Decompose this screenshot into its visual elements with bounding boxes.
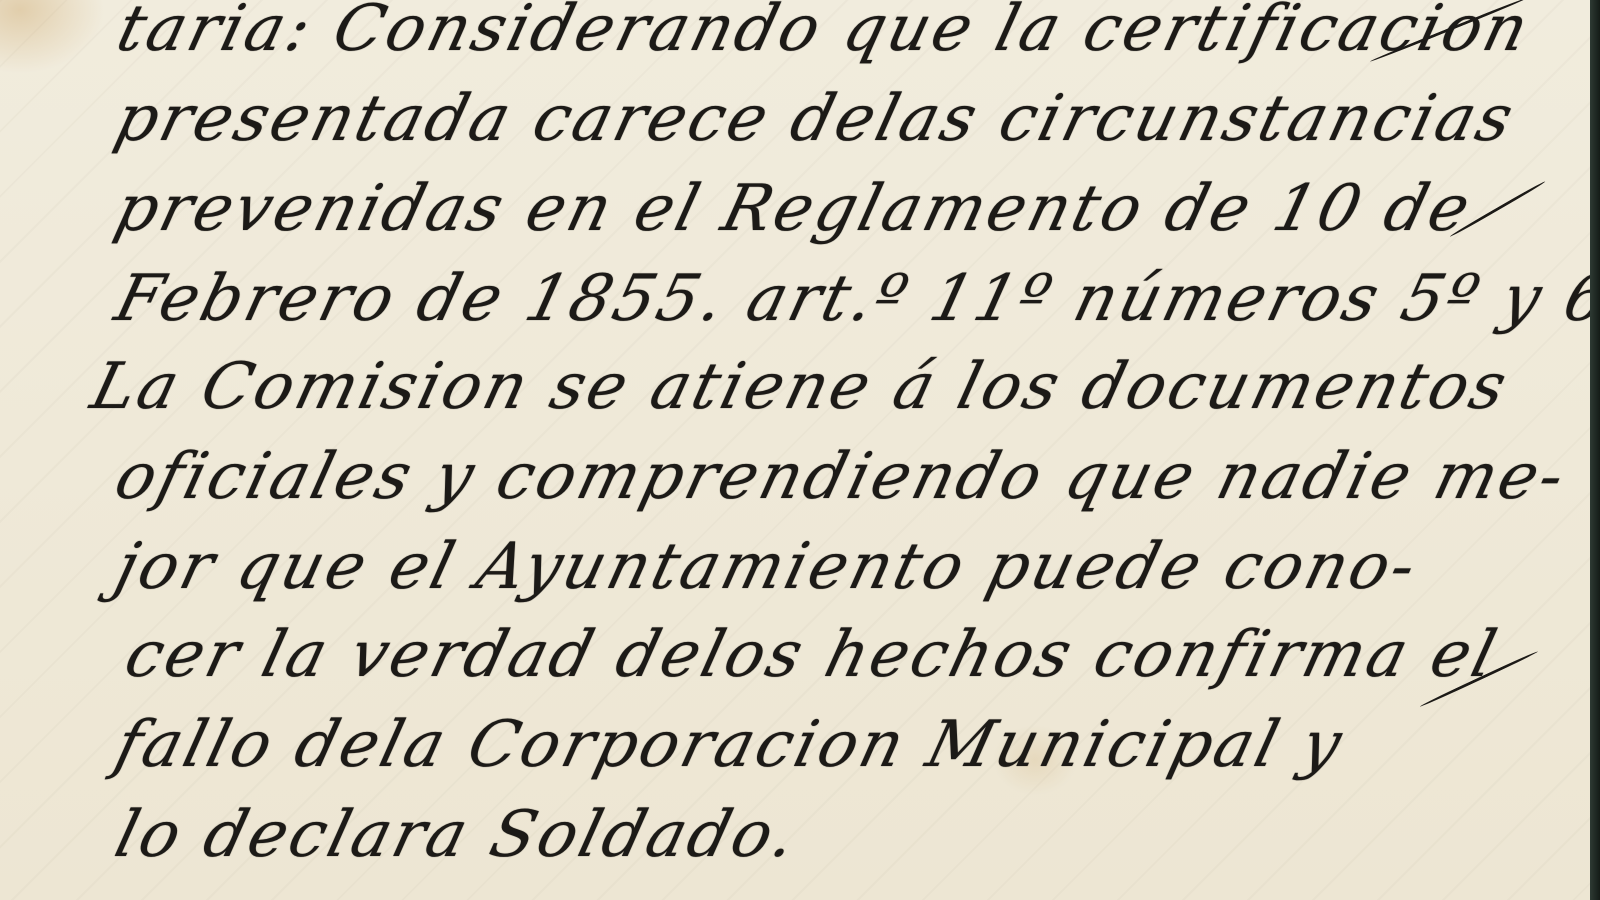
manuscript-line-5: La Comision se atiene á los documentos (84, 350, 1516, 424)
manuscript-line-2: presentada carece delas circunstancias (108, 82, 1523, 156)
page-edge-shadow (1590, 0, 1600, 900)
manuscript-line-9: fallo dela Corporacion Municipal y (108, 708, 1352, 782)
manuscript-line-10: lo declara Soldado. (108, 798, 806, 872)
manuscript-page: taria: Considerando que la certificacion… (0, 0, 1590, 900)
manuscript-line-7: jor que el Ayuntamiento puede cono- (108, 530, 1426, 604)
manuscript-line-1: taria: Considerando que la certificacion (110, 0, 1538, 66)
manuscript-line-8: cer la verdad delos hechos confirma el (118, 618, 1506, 692)
manuscript-line-6: oficiales y comprendiendo que nadie me- (108, 440, 1574, 514)
manuscript-line-3: prevenidas en el Reglamento de 10 de (108, 172, 1480, 246)
manuscript-line-4: Febrero de 1855. art.º 11º números 5º y … (108, 262, 1590, 336)
